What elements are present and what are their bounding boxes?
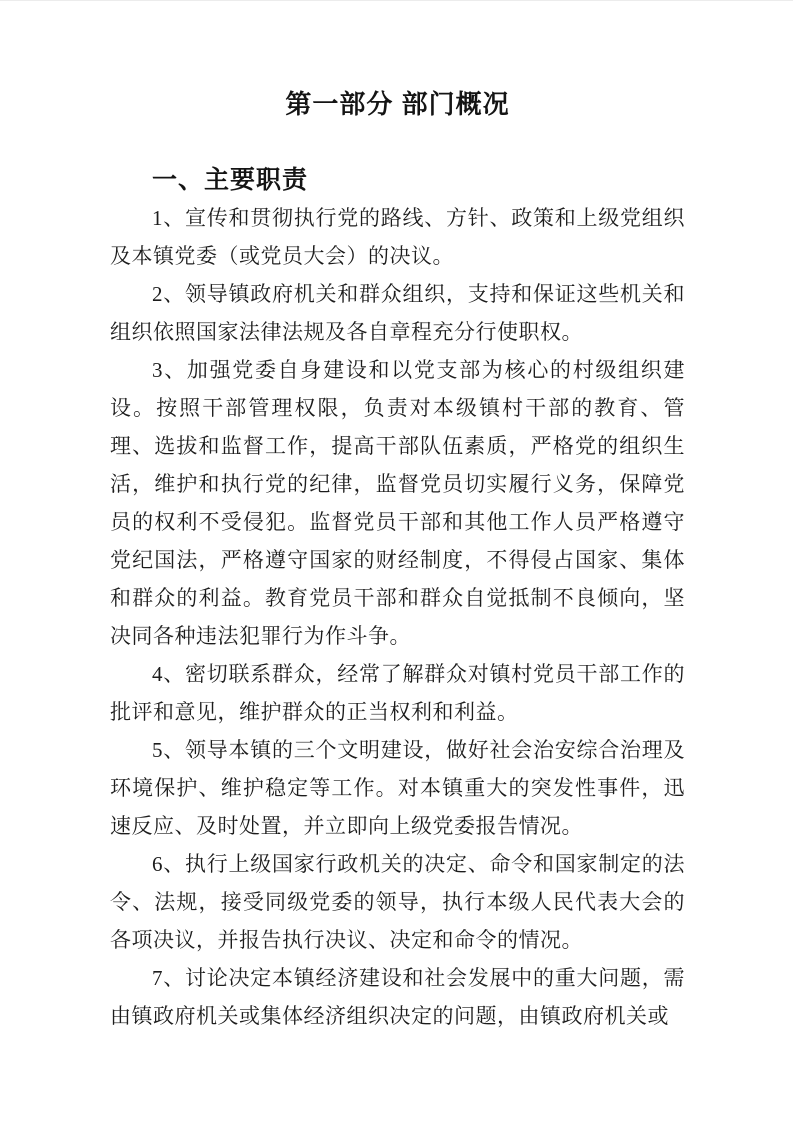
paragraph-4: 4、密切联系群众，经常了解群众对镇村党员干部工作的批评和意见，维护群众的正当权利… — [110, 655, 685, 731]
paragraph-5: 5、领导本镇的三个文明建设，做好社会治安综合治理及环境保护、维护稳定等工作。对本… — [110, 731, 685, 845]
document-body: 1、宣传和贯彻执行党的路线、方针、政策和上级党组织及本镇党委（或党员大会）的决议… — [110, 199, 685, 1035]
paragraph-3: 3、加强党委自身建设和以党支部为核心的村级组织建设。按照干部管理权限，负责对本级… — [110, 351, 685, 655]
paragraph-2: 2、领导镇政府机关和群众组织，支持和保证这些机关和组织依照国家法律法规及各自章程… — [110, 275, 685, 351]
paragraph-6: 6、执行上级国家行政机关的决定、命令和国家制定的法令、法规，接受同级党委的领导，… — [110, 845, 685, 959]
page-title: 第一部分 部门概况 — [110, 85, 685, 123]
paragraph-7: 7、讨论决定本镇经济建设和社会发展中的重大问题，需由镇政府机关或集体经济组织决定… — [110, 959, 685, 1035]
section-heading: 一、主要职责 — [110, 161, 685, 199]
paragraph-1: 1、宣传和贯彻执行党的路线、方针、政策和上级党组织及本镇党委（或党员大会）的决议… — [110, 199, 685, 275]
document-page: 第一部分 部门概况 一、主要职责 1、宣传和贯彻执行党的路线、方针、政策和上级党… — [0, 1, 793, 1122]
